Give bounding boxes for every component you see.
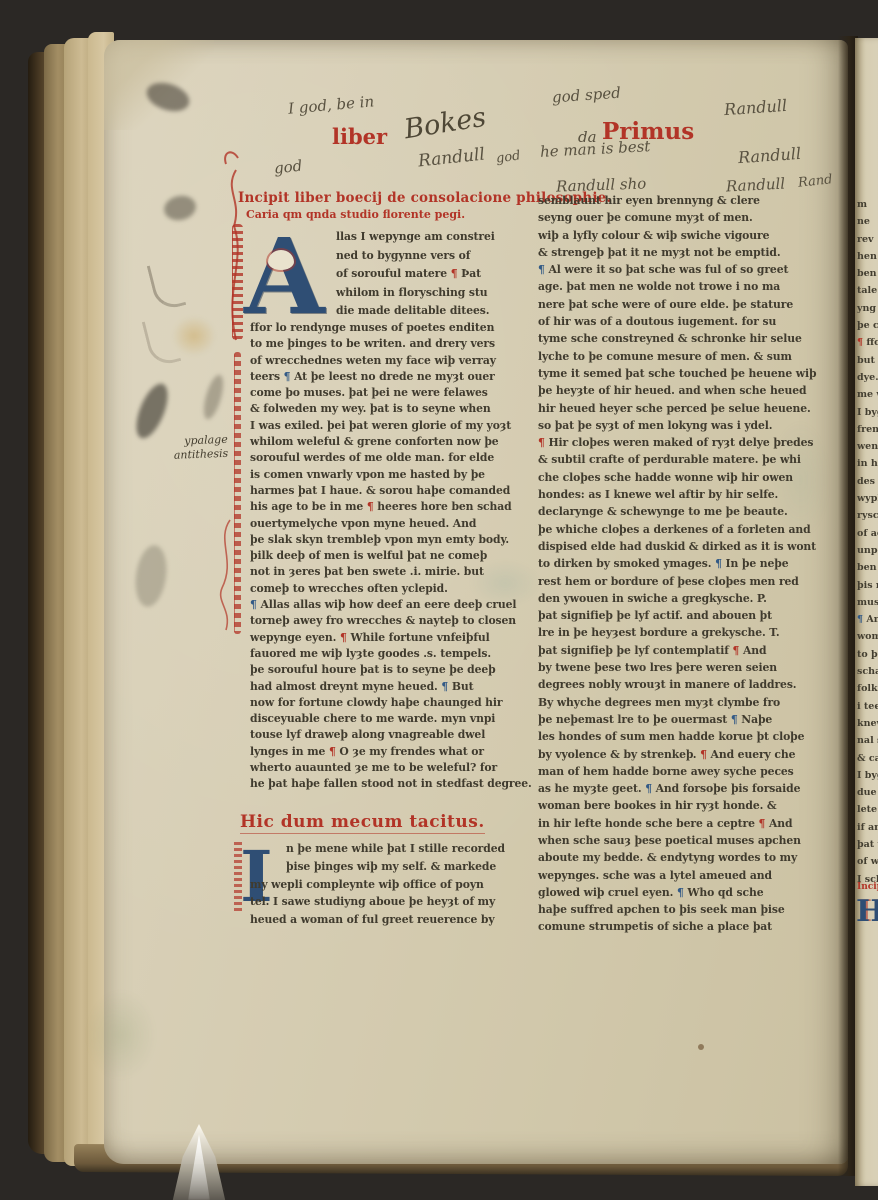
text-line: þe heyȝte of hir heued. and when sche he… [538, 382, 832, 399]
text-line: þat signifieþ þe lyf contemplatif ¶ And [538, 642, 832, 659]
text-line: & strengeþ þat it ne myȝt not be emptid. [538, 244, 832, 261]
section-text: my wepli compleynte wiþ office of poynte… [250, 876, 534, 928]
initial-shell-motif-icon [268, 250, 294, 270]
text-line: is comen vnwarly vpon me hasted by þe [250, 467, 534, 483]
text-line: wiþ a lyfly colour & wiþ swiche vigoure [538, 227, 832, 244]
text-line: lre in þe heyȝest bordure a grekysche. T… [538, 624, 832, 641]
text-line: in ho [857, 455, 878, 472]
text-line: in hir lefte honde sche bere a ceptre ¶ … [538, 815, 832, 832]
text-line: lyche to þe comune mesure of men. & sum [538, 348, 832, 365]
text-line: of hir was of a doutous iugement. for su [538, 313, 832, 330]
text-line: of wep [857, 853, 878, 870]
recto-rubric-fragment: Incip [857, 882, 878, 892]
text-line: wepynges. sche was a lytel ameued and [538, 867, 832, 884]
text-line: as he myȝte geet. ¶ And forsoþe þis fors… [538, 780, 832, 797]
text-line: sorouful werdes of me olde man. for elde [250, 450, 534, 466]
text-line: hen [857, 248, 878, 265]
text-line: lete h [857, 801, 878, 818]
text-line: tyme it semed þat sche touched þe heuene… [538, 365, 832, 382]
text-line: les hondes of sum men hadde korue þt clo… [538, 728, 832, 745]
text-line: rysch [857, 507, 878, 524]
text-line: whilom in florysching stu [336, 284, 532, 303]
text-line: by twene þese two lres þere weren seien [538, 659, 832, 676]
text-line: tel. I sawe studiyng aboue þe heyȝt of m… [250, 893, 534, 910]
text-line: had almost dreynt myne heued. ¶ But [250, 679, 534, 695]
text-line: semblaunt hir eyen brennyng & clere [538, 192, 832, 209]
initial-letter: A [244, 218, 325, 336]
text-line: þat signifieþ þe lyf actif. and abouen þ… [538, 607, 832, 624]
red-penwork-line [234, 352, 241, 634]
text-line: not in ȝeres þat ben swete .i. mirie. bu… [250, 564, 534, 580]
text-line: þat w [857, 836, 878, 853]
text-line: hir heued heyer sche perced þe selue heu… [538, 400, 832, 417]
section-opening-lines: n þe mene while þat I stille recordedþis… [286, 840, 534, 875]
text-line: ¶ And [857, 611, 878, 628]
text-line: he þat haþe fallen stood not in stedfast… [250, 776, 534, 792]
column2-text: semblaunt hir eyen brennyng & clereseyng… [538, 192, 832, 936]
text-line: man of hem hadde borne awey syche peces [538, 763, 832, 780]
text-line: n þe mene while þat I stille recorded [286, 840, 534, 858]
text-line: when sche sauȝ þese poetical muses apche… [538, 832, 832, 849]
text-line: teers ¶ At þe leest no drede ne myȝt oue… [250, 369, 534, 385]
text-line: due af [857, 784, 878, 801]
text-line: m [857, 196, 878, 213]
text-line: muse [857, 594, 878, 611]
text-line: my wepli compleynte wiþ office of poyn [250, 876, 534, 893]
text-line: che cloþes sche hadde wonne wiþ hir owen [538, 469, 832, 486]
text-line: & subtil crafte of perdurable matere. þe… [538, 451, 832, 468]
text-line: þise þinges wiþ my self. & markede [286, 858, 534, 876]
text-line: By whyche degrees men myȝt clymbe fro [538, 694, 832, 711]
ownership-scribble: liber [332, 124, 387, 149]
text-line: so þat þe syȝt of men lokyng was i ydel. [538, 417, 832, 434]
column1-text: ffor lo rendynge muses of poetes enditen… [250, 320, 534, 793]
ink-fleck [698, 1044, 704, 1050]
text-line: & call [857, 750, 878, 767]
text-line: I byg [857, 404, 878, 421]
text-line: den ywouen in swiche a gregkysche. P. [538, 590, 832, 607]
text-line: þis m [857, 577, 878, 594]
column1-opening-lines: llas I wepynge am constreined to bygynne… [336, 228, 532, 321]
text-line: tyme sche constreyned & schronke hir sel… [538, 330, 832, 347]
text-line: wene [857, 438, 878, 455]
text-line: seyng ouer þe comune myȝt of men. [538, 209, 832, 226]
text-line: by vyolence & by strenkeþ. ¶ And euery c… [538, 746, 832, 763]
text-line: hondes: as I knewe wel aftir by hir self… [538, 486, 832, 503]
text-line: haþe suffred apchen to þis seek man þise [538, 901, 832, 918]
text-line: rest hem or bordure of þese cloþes men r… [538, 573, 832, 590]
section-rubric: Hic dum mecum tacitus. [240, 812, 485, 834]
text-line: rev [857, 231, 878, 248]
green-stain [86, 990, 156, 1080]
text-line: but [857, 352, 878, 369]
text-line: ¶ Allas allas wiþ how deef an eere deeþ … [250, 597, 534, 613]
text-line: þilk deeþ of men is welful þat ne comeþ [250, 548, 534, 564]
text-line: ned to bygynne vers of [336, 247, 532, 266]
text-line: lynges in me ¶ O ȝe my frendes what or [250, 744, 534, 760]
text-line: I byga [857, 767, 878, 784]
initial-penwork-icon [232, 224, 243, 340]
text-line: scha [857, 663, 878, 680]
text-line: ¶ ffo [857, 334, 878, 351]
text-line: nere þat sche were of oure elde. þe stat… [538, 296, 832, 313]
text-line: age. þat men ne wolde not trowe i no ma [538, 278, 832, 295]
text-line: of ac [857, 525, 878, 542]
text-line: comune strumpetis of siche a place þat [538, 918, 832, 935]
text-line: des w [857, 473, 878, 490]
ownership-scribble: god [273, 157, 303, 178]
text-line: ben [857, 265, 878, 282]
text-line: to me þinges to be writen. and drery ver… [250, 336, 534, 352]
text-line: þe neþemast lre to þe ouermast ¶ Naþe [538, 711, 832, 728]
text-line: woman bere bookes in hir ryȝt honde. & [538, 797, 832, 814]
text-line: þe whiche cloþes a derkenes of a forlete… [538, 521, 832, 538]
recto-initial-fragment: H [856, 894, 878, 929]
text-line: þe co [857, 317, 878, 334]
text-line: touse lyf draweþ along vnagreable dwel [250, 727, 534, 743]
text-line: degrees nobly wrouȝt in manere of laddre… [538, 676, 832, 693]
text-line: declarynge & schewynge to me þe beaute. [538, 503, 832, 520]
text-line: i teer [857, 698, 878, 715]
text-line: & folweden my wey. þat is to seyne when [250, 401, 534, 417]
text-line: dye. [857, 369, 878, 386]
text-line: of wrecchednes weten my face wiþ verray [250, 353, 534, 369]
text-line: of sorouful matere ¶ Þat [336, 265, 532, 284]
text-line: ffor lo rendynge muses of poetes enditen [250, 320, 534, 336]
text-line: ne [857, 213, 878, 230]
text-line: þe slak skyn trembleþ vpon myn emty body… [250, 532, 534, 548]
manuscript-photo: I god, be ingod spedRandullliberBokesdaP… [0, 0, 878, 1200]
text-line: þe sorouful houre þat is to seyne þe dee… [250, 662, 534, 678]
text-line: I was exiled. þei þat weren glorie of my… [250, 418, 534, 434]
text-line: knew [857, 715, 878, 732]
text-line: to dirken by smoked ymages. ¶ In þe neþe [538, 555, 832, 572]
text-line: harmes þat I haue. & sorou haþe comanded [250, 483, 534, 499]
text-line: ben f [857, 559, 878, 576]
text-line: heued a woman of ful greet reuerence by [250, 911, 534, 928]
text-line: nal st [857, 732, 878, 749]
text-line: tale [857, 282, 878, 299]
text-line: wherto auaunted ȝe me to be weleful? for [250, 760, 534, 776]
text-line: now for fortune clowdy haþe chaunged hir [250, 695, 534, 711]
text-line: glowed wiþ cruel eyen. ¶ Who qd sche [538, 884, 832, 901]
recto-text-fragments: mnerevhenbentaleyngþe co¶ ffobutdye.me w… [857, 196, 878, 888]
text-line: comeþ to wrecches often yclepid. [250, 581, 534, 597]
text-line: wypl [857, 490, 878, 507]
text-line: his age to be in me ¶ heeres hore ben sc… [250, 499, 534, 515]
text-line: yng [857, 300, 878, 317]
text-line: wom [857, 628, 878, 645]
text-line: dispised elde had duskid & dirked as it … [538, 538, 832, 555]
text-line: ouertymelyche vpon myne heued. And [250, 516, 534, 532]
text-line: die made delitable ditees. [336, 302, 532, 321]
text-line: to þ [857, 646, 878, 663]
text-line: torneþ awey fro wrecches & nayteþ to clo… [250, 613, 534, 629]
text-line: wepynge eyen. ¶ While fortune vnfeiþful [250, 630, 534, 646]
text-line: frend [857, 421, 878, 438]
text-line: ¶ Al were it so þat sche was ful of so g… [538, 261, 832, 278]
text-line: ¶ Hir cloþes weren maked of ryȝt delye þ… [538, 434, 832, 451]
text-line: if any [857, 819, 878, 836]
text-line: folk. [857, 680, 878, 697]
text-line: come þo muses. þat þei ne were felawes [250, 385, 534, 401]
text-line: me w [857, 386, 878, 403]
text-line: aboute my bedde. & endytyng wordes to my [538, 849, 832, 866]
text-line: fauored me wiþ lyȝte goodes .s. tempels. [250, 646, 534, 662]
text-line: llas I wepynge am constrei [336, 228, 532, 247]
initial-penwork-icon [234, 842, 242, 914]
text-line: disceyuable chere to me warde. myn vnpi [250, 711, 534, 727]
text-line: unpe [857, 542, 878, 559]
text-line: whilom weleful & grene conforten now þe [250, 434, 534, 450]
